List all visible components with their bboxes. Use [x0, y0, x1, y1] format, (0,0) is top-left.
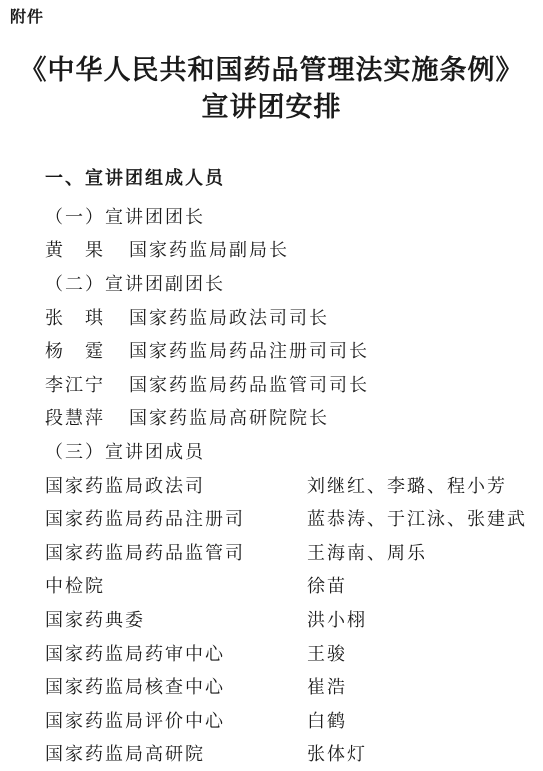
member-org: 国家药监局评价中心 [45, 707, 307, 733]
member-row: 国家药典委 洪小栩 [45, 602, 535, 636]
member-row: 国家药监局核查中心 崔浩 [45, 669, 535, 703]
leader-row: 黄 果 国家药监局副局长 [45, 233, 535, 267]
leader-title: 国家药监局药品监管司司长 [129, 371, 369, 397]
member-names: 徐苗 [307, 572, 347, 598]
member-names: 张体灯 [307, 740, 367, 766]
leader-name: 黄 果 [45, 236, 129, 262]
document-title-line2: 宣讲团安排 [0, 89, 543, 126]
member-row: 国家药监局药品监管司 王海南、周乐 [45, 535, 535, 569]
member-names: 洪小栩 [307, 606, 367, 632]
leader-name: 杨 霆 [45, 337, 129, 363]
member-org: 国家药监局核查中心 [45, 673, 307, 699]
member-names: 王海南、周乐 [307, 539, 427, 565]
member-row: 国家药监局药审中心 王骏 [45, 636, 535, 670]
section-heading: 一、宣讲团组成人员 [45, 163, 535, 199]
leader-name: 段慧萍 [45, 404, 129, 430]
leader-row: 杨 霆 国家药监局药品注册司司长 [45, 333, 535, 367]
member-org: 国家药监局药审中心 [45, 640, 307, 666]
leader-title: 国家药监局副局长 [129, 236, 289, 262]
leader-title: 国家药监局高研院院长 [129, 404, 329, 430]
member-names: 王骏 [307, 640, 347, 666]
document-title-line1: 《中华人民共和国药品管理法实施条例》 [0, 52, 543, 89]
member-org: 中检院 [45, 572, 307, 598]
member-row: 国家药监局高研院 张体灯 [45, 737, 535, 771]
member-names: 刘继红、李璐、程小芳 [307, 472, 507, 498]
member-row: 国家药监局政法司 刘继红、李璐、程小芳 [45, 468, 535, 502]
member-org: 国家药监局药品注册司 [45, 505, 307, 531]
leader-title: 国家药监局政法司司长 [129, 304, 329, 330]
document-body: 一、宣讲团组成人员 （一）宣讲团团长 黄 果 国家药监局副局长 （二）宣讲团副团… [45, 163, 535, 770]
member-names: 崔浩 [307, 673, 347, 699]
member-names: 蓝恭涛、于江泳、张建武 [307, 505, 527, 531]
subsection-heading-3: （三）宣讲团成员 [45, 434, 535, 468]
document-title: 《中华人民共和国药品管理法实施条例》 宣讲团安排 [0, 52, 543, 126]
leader-row: 李江宁 国家药监局药品监管司司长 [45, 367, 535, 401]
leader-title: 国家药监局药品注册司司长 [129, 337, 369, 363]
leader-name: 张 琪 [45, 304, 129, 330]
member-org: 国家药监局药品监管司 [45, 539, 307, 565]
member-org: 国家药监局政法司 [45, 472, 307, 498]
leader-row: 段慧萍 国家药监局高研院院长 [45, 401, 535, 435]
member-names: 白鹤 [307, 707, 347, 733]
attachment-label: 附件 [10, 4, 44, 27]
member-org: 国家药监局高研院 [45, 740, 307, 766]
leader-name: 李江宁 [45, 371, 129, 397]
document-page: 附件 《中华人民共和国药品管理法实施条例》 宣讲团安排 一、宣讲团组成人员 （一… [0, 0, 543, 771]
member-row: 国家药监局评价中心 白鹤 [45, 703, 535, 737]
leader-row: 张 琪 国家药监局政法司司长 [45, 300, 535, 334]
subsection-heading-2: （二）宣讲团副团长 [45, 266, 535, 300]
member-org: 国家药典委 [45, 606, 307, 632]
subsection-heading-1: （一）宣讲团团长 [45, 199, 535, 233]
member-row: 国家药监局药品注册司 蓝恭涛、于江泳、张建武 [45, 501, 535, 535]
member-row: 中检院 徐苗 [45, 569, 535, 603]
